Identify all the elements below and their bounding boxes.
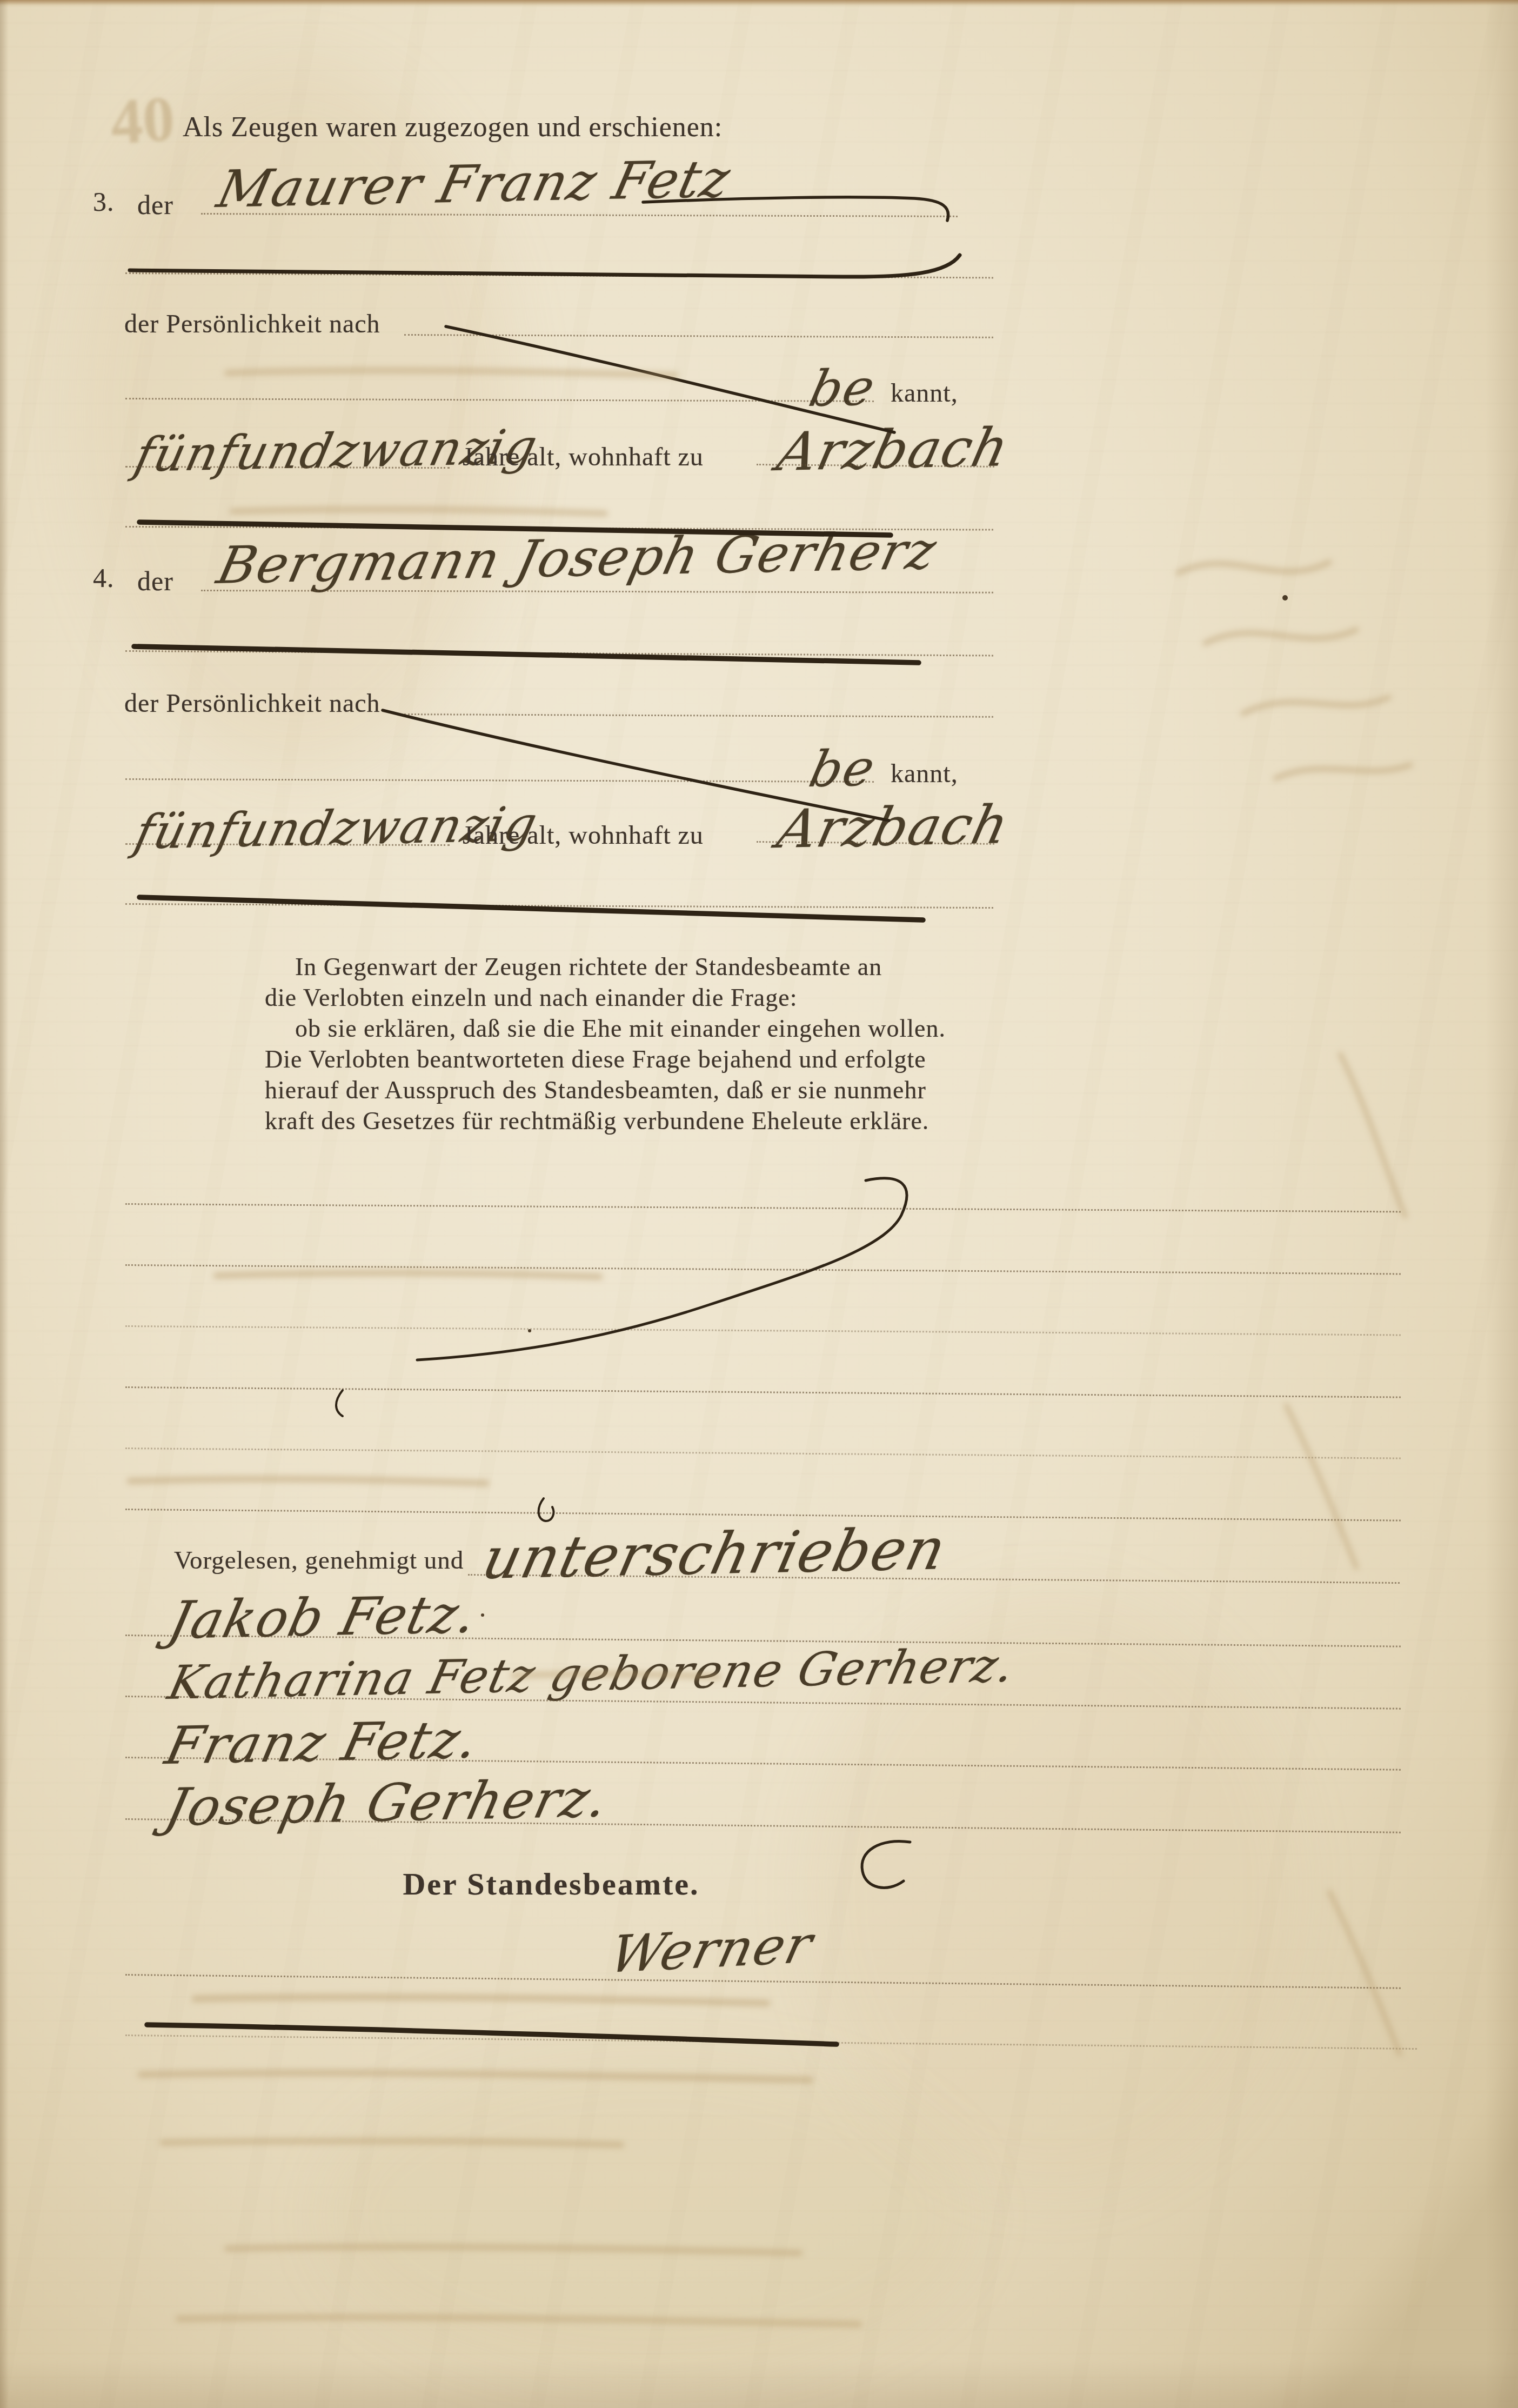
bleed-smudge [178,2317,859,2324]
bleed-smudge [227,2247,800,2253]
bleed-smudge [1243,697,1389,713]
bleed-smudge [1205,630,1356,643]
bleed-smudge [130,1479,486,1483]
bleed-smudge [1329,1892,1400,2054]
bleed-smudge [232,509,605,513]
bleed-through-overlay [0,0,1518,2408]
bleed-smudge [1340,1054,1405,1216]
bleed-smudge [216,1273,600,1277]
bleed-smudge [141,2073,811,2080]
bleed-smudge [1178,562,1329,573]
bleed-smudge [513,1674,719,1677]
bleed-smudge [1275,765,1410,778]
bleed-smudge [162,2141,621,2145]
bleed-smudge [195,1997,767,2003]
bleed-smudge [227,370,676,375]
register-page: 40 Als Zeugen waren zugezogen und erschi… [0,0,1518,2408]
bleed-smudge [1286,1405,1356,1567]
